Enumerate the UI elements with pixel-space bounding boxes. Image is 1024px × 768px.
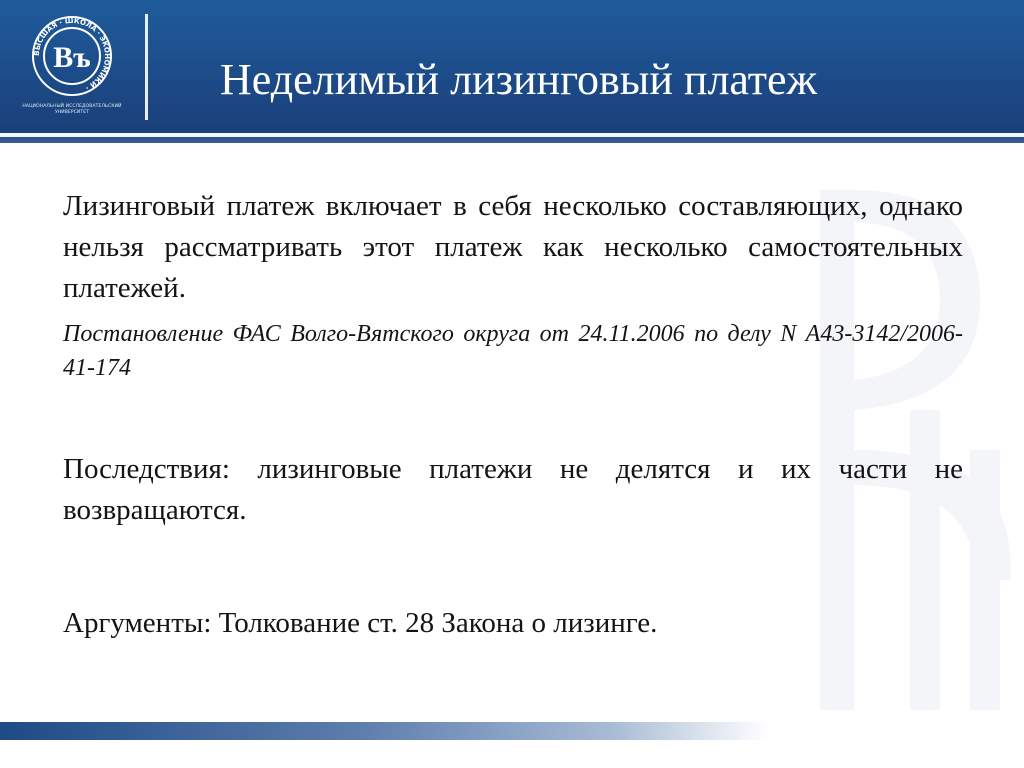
slide-header: ВЫСШАЯ · ШКОЛА · ЭКОНОМИКИ · Въ Национал… bbox=[0, 0, 1024, 133]
consequences-text: Последствия: лизинговые платежи не делят… bbox=[63, 449, 963, 531]
arguments-text: Аргументы: Толкование ст. 28 Закона о ли… bbox=[63, 603, 963, 644]
header-divider bbox=[145, 14, 148, 120]
university-logo: ВЫСШАЯ · ШКОЛА · ЭКОНОМИКИ · Въ Национал… bbox=[22, 14, 122, 124]
logo-caption: Национальный исследовательский университ… bbox=[22, 104, 122, 116]
main-statement: Лизинговый платеж включает в себя нескол… bbox=[63, 186, 963, 309]
court-citation: Постановление ФАС Волго-Вятского округа … bbox=[63, 317, 963, 385]
svg-text:Въ: Въ bbox=[53, 41, 91, 74]
footer-gradient-bar bbox=[0, 722, 1024, 740]
slide-body: Лизинговый платеж включает в себя нескол… bbox=[63, 186, 963, 644]
slide-title: Неделимый лизинговый платеж bbox=[220, 52, 817, 108]
header-underline-blue bbox=[0, 137, 1024, 143]
hse-emblem-icon: ВЫСШАЯ · ШКОЛА · ЭКОНОМИКИ · Въ bbox=[30, 14, 114, 98]
